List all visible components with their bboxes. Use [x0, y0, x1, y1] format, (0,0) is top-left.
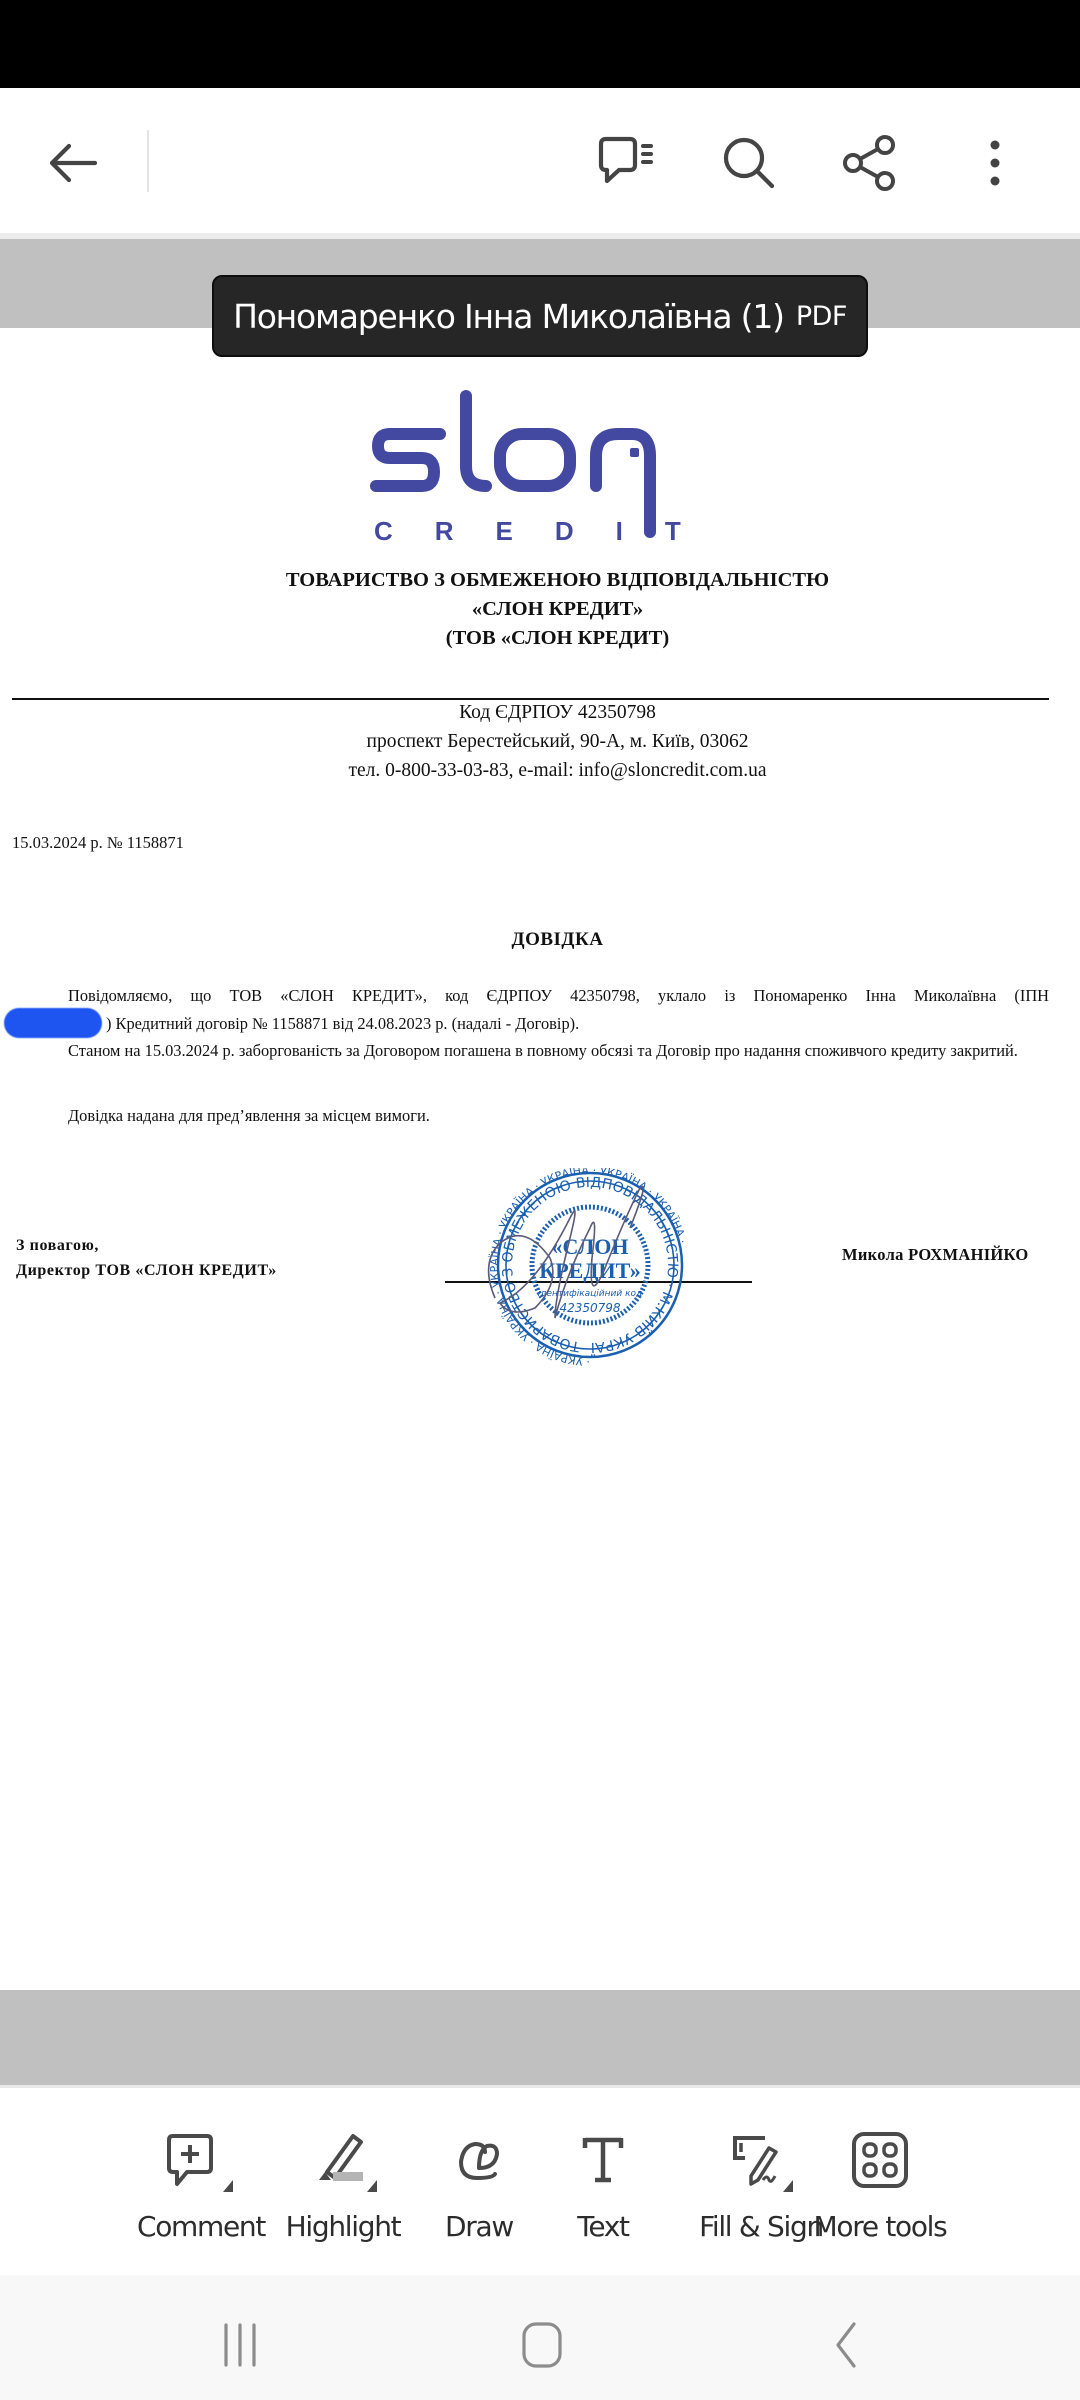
document-file-name: Пономаренко Інна Миколаївна (1)	[233, 297, 784, 336]
logo-sub-text: CREDIT	[374, 516, 723, 546]
director-title: Директор ТОВ «СЛОН КРЕДИТ»	[16, 1258, 277, 1283]
comments-list-icon	[597, 135, 659, 191]
pdf-page[interactable]: CREDIT ТОВАРИСТВО З ОБМЕЖЕНОЮ ВІДПОВІДАЛ…	[0, 328, 1080, 1990]
document-body: Повідомляємо, що ТОВ «СЛОН КРЕДИТ», код …	[12, 983, 1049, 1063]
company-contacts: Код ЄДРПОУ 42350798 проспект Берестейськ…	[0, 698, 1080, 785]
stamp-id-label: ідентифікаційний код	[538, 1289, 642, 1299]
company-phone-email: тел. 0-800-33-03-83, e-mail: info@sloncr…	[0, 756, 1080, 785]
company-address: проспект Берестейський, 90-А, м. Київ, 0…	[0, 727, 1080, 756]
company-stamp: · УКРАЇНА · УКРАЇНА · УКРАЇНА · УКРАЇНА …	[440, 1168, 740, 1368]
closing-line: Довідка надана для пред’явлення за місце…	[68, 1106, 430, 1126]
system-back-button[interactable]	[805, 2305, 885, 2385]
tool-more-tools[interactable]: More tools	[805, 2130, 955, 2250]
share-icon	[841, 134, 901, 192]
reference-line: 15.03.2024 р. № 1158871	[12, 833, 184, 853]
paragraph-1-line-1: Повідомляємо, що ТОВ «СЛОН КРЕДИТ», код …	[12, 983, 1049, 1008]
search-button[interactable]	[714, 128, 784, 198]
comments-list-button[interactable]	[593, 128, 663, 198]
search-icon	[721, 135, 777, 191]
arrow-left-icon	[47, 141, 99, 185]
back-icon	[830, 2321, 860, 2369]
text-icon	[563, 2130, 643, 2196]
status-bar	[0, 0, 1080, 88]
paragraph-2: Станом на 15.03.2024 р. заборгованість з…	[12, 1038, 1049, 1063]
app-bar-divider	[147, 130, 149, 192]
stamp-id-code: 42350798	[559, 1301, 620, 1315]
document-file-type: PDF	[796, 301, 847, 332]
home-button[interactable]	[502, 2305, 582, 2385]
bottom-toolbar: Comment Highlight Draw Text	[0, 2085, 1080, 2275]
tool-more-tools-label: More tools	[775, 2210, 985, 2243]
recents-button[interactable]	[200, 2305, 280, 2385]
comment-add-icon	[161, 2130, 241, 2196]
share-button[interactable]	[836, 128, 906, 198]
home-icon	[520, 2321, 564, 2369]
more-options-button[interactable]	[960, 128, 1030, 198]
more-tools-icon	[840, 2130, 920, 2196]
director-name: Микола РОХМАНІЙКО	[842, 1245, 1029, 1265]
redaction-mark	[4, 1008, 102, 1038]
fill-sign-icon	[721, 2130, 801, 2196]
slon-credit-logo: CREDIT	[370, 390, 740, 550]
draw-icon	[439, 2130, 519, 2196]
document-title: ДОВІДКА	[0, 929, 1080, 951]
company-line-3: (ТОВ «СЛОН КРЕДИТ)	[0, 624, 1080, 653]
paragraph-1-continued: ) Кредитний договір № 1158871 від 24.08.…	[106, 1014, 579, 1033]
recents-icon	[220, 2323, 260, 2367]
document-title-tooltip: Пономаренко Інна Миколаївна (1) PDF	[212, 275, 868, 357]
paragraph-1-line-2: ) Кредитний договір № 1158871 від 24.08.…	[12, 1008, 1049, 1038]
regards-text: З повагою,	[16, 1233, 277, 1258]
edrpou-code: Код ЄДРПОУ 42350798	[0, 698, 1080, 727]
company-line-1: ТОВАРИСТВО З ОБМЕЖЕНОЮ ВІДПОВІДАЛЬНІСТЮ	[0, 566, 1080, 595]
regards-block: З повагою, Директор ТОВ «СЛОН КРЕДИТ»	[16, 1233, 277, 1283]
stamp-center-2: КРЕДИТ»	[539, 1258, 640, 1283]
back-button[interactable]	[38, 128, 108, 198]
highlight-icon	[303, 2130, 383, 2196]
app-bar	[0, 88, 1080, 238]
company-line-2: «СЛОН КРЕДИТ»	[0, 595, 1080, 624]
company-header: ТОВАРИСТВО З ОБМЕЖЕНОЮ ВІДПОВІДАЛЬНІСТЮ …	[0, 566, 1080, 653]
more-vertical-icon	[988, 138, 1002, 188]
system-nav-bar	[0, 2275, 1080, 2400]
